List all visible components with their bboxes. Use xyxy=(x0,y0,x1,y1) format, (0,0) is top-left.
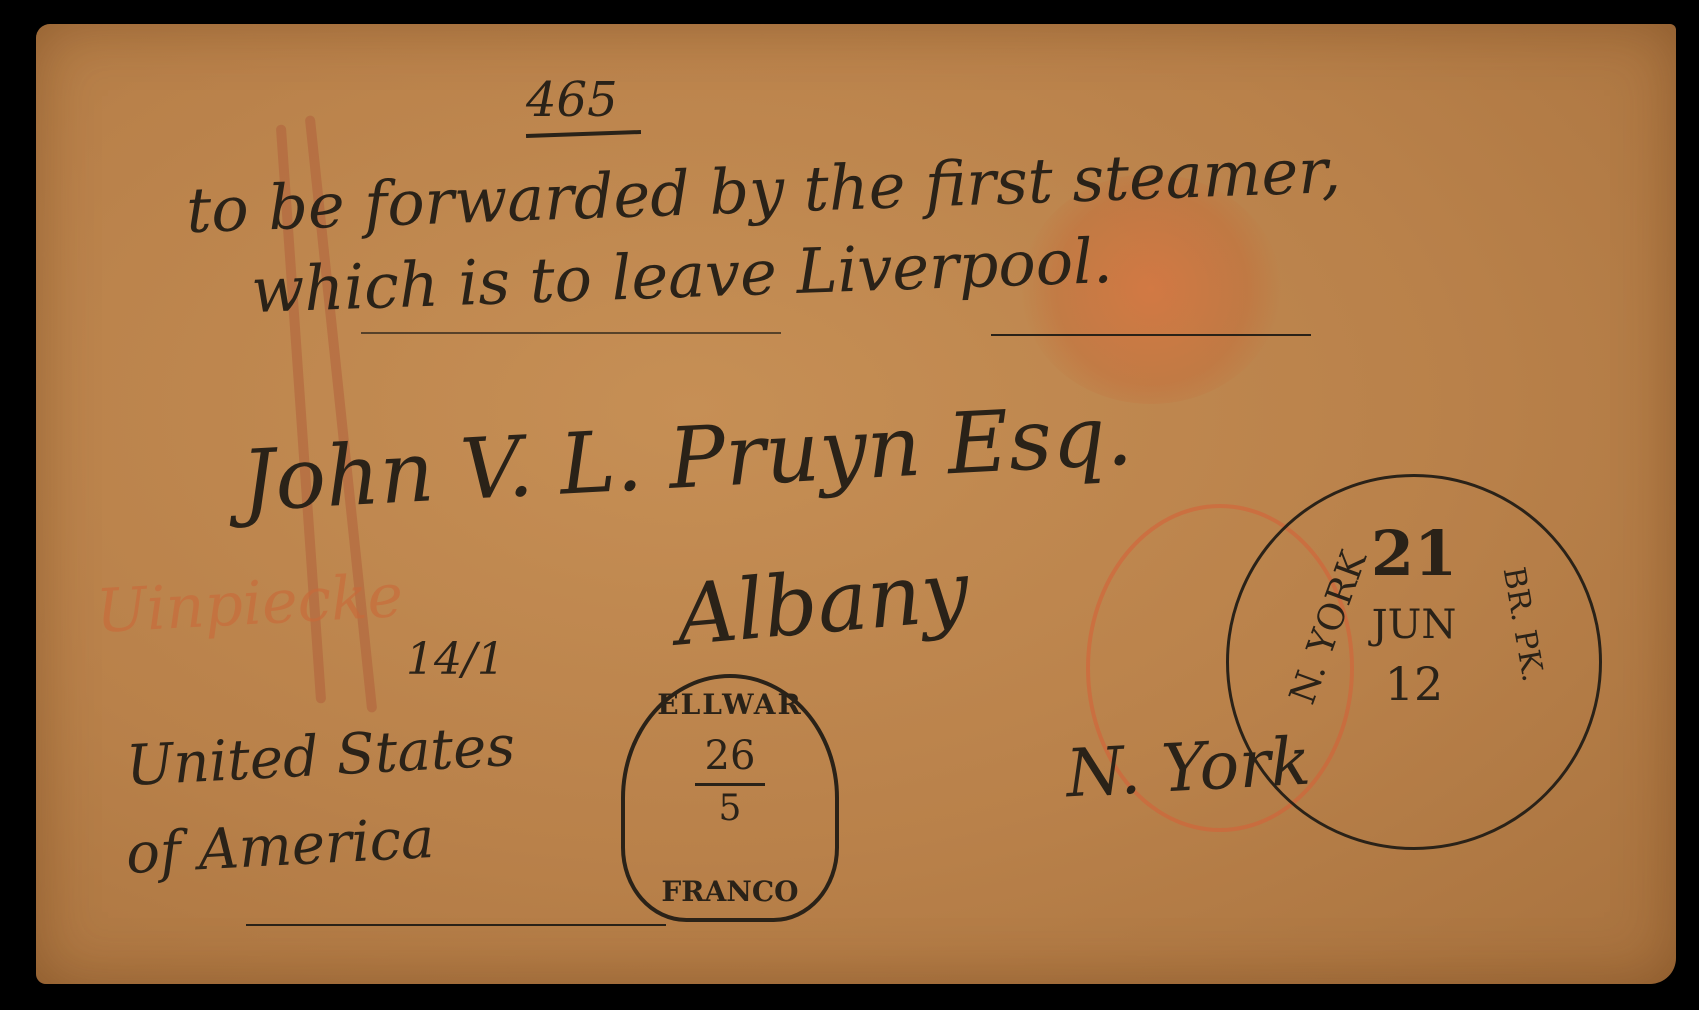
envelope: 465 to be forwarded by the first steamer… xyxy=(36,24,1676,984)
addressee-name: John V. L. Pruyn Esq. xyxy=(239,386,1135,531)
ny-postmark-day: 21 xyxy=(1229,517,1599,590)
instruction-underline xyxy=(361,332,781,334)
destination-line-2: of America xyxy=(125,806,436,887)
departure-postmark-divider xyxy=(695,783,765,786)
departure-postmark: ELLWAR 26 5 FRANCO xyxy=(621,674,839,922)
docket-number: 465 xyxy=(526,72,618,128)
departure-postmark-franco: FRANCO xyxy=(625,875,835,908)
red-crayon-marking: Uinpiecke xyxy=(94,561,404,647)
address-city: Albany xyxy=(672,541,972,664)
departure-postmark-month: 5 xyxy=(625,788,835,829)
destination-line-1: United States xyxy=(125,714,517,799)
liverpool-underline xyxy=(991,334,1311,336)
departure-postmark-town: ELLWAR xyxy=(625,688,835,721)
departure-postmark-day: 26 xyxy=(625,733,835,779)
destination-underline xyxy=(246,924,666,926)
new-york-postmark: N. YORK 21 JUN 12 BR. PK. xyxy=(1226,474,1602,850)
rate-marking: 14/1 xyxy=(406,634,505,685)
docket-underline xyxy=(526,130,641,138)
